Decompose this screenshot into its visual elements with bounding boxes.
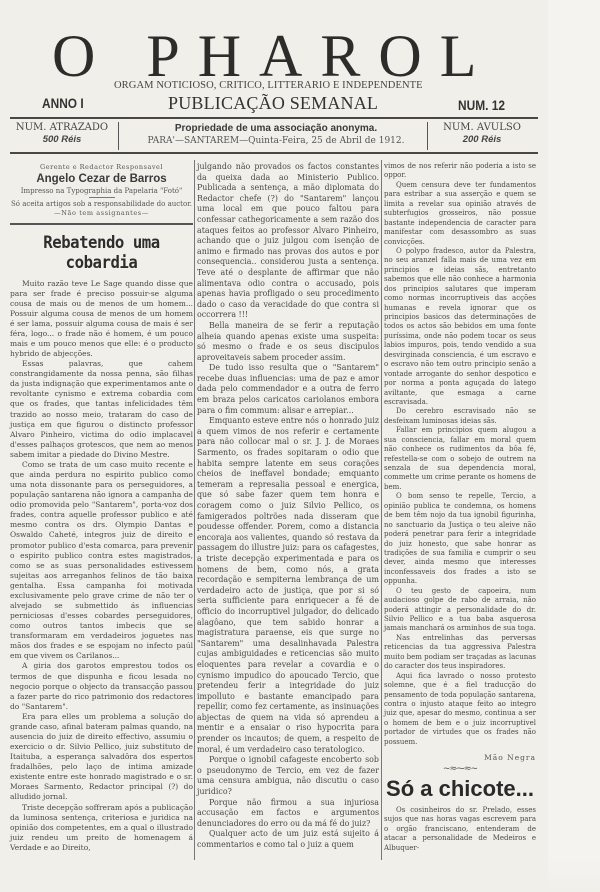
editor-role: Gerente e Redactor Responsavel [10,162,193,172]
subscribers-note: —Não tem assignantes— [10,209,193,218]
column-divider-2 [381,160,382,860]
ornament-divider-icon: ~≈⁓≈~ [384,765,536,774]
small-divider [89,197,115,198]
article-paragraph: Quem censura deve ter fundamentos para e… [384,181,536,247]
masthead-rule-bottom [10,152,538,154]
article-paragraph: Porque não firmou a sua injuriosa accusa… [197,798,379,830]
article-paragraph: Do cerebro escravisado não se desfeixam … [384,407,536,426]
article-paragraph: vimos de nos referir não poderia a isto … [384,162,536,181]
back-issue-price-box: NUM. ATRAZADO 500 Réis [12,122,112,146]
article-paragraph: O polypo fradesco, autor da Palestra, no… [384,247,536,407]
column-2: julgando não provados os factos constant… [197,162,379,851]
column-3: vimos de nos referir não poderia a isto … [384,162,536,853]
place-date-line: PARA'—SANTAREM—Quinta-Feira, 25 de Abril… [126,135,426,147]
masthead-rule-top [10,117,538,119]
article-2-headline: Só a chicote... [384,776,536,802]
info-divider-right [427,122,428,150]
newspaper-page: O PHAROL ORGAM NOTICIOSO, CRITICO, LITTE… [0,0,600,892]
newspaper-subtitle: ORGAM NOTICIOSO, CRITICO, LITTERARIO E I… [114,80,434,91]
article-paragraph: Porque o ignobil cafageste encoberto sob… [197,755,379,797]
article-paragraph: O teu gesto de capoeira, num audacioso g… [384,587,536,634]
info-divider-left [118,122,119,150]
newspaper-title: O PHAROL [52,26,492,86]
article-paragraph: Qualquer acto de um juiz está sujeito á … [197,829,379,850]
articles-policy: Só aceita artigos sob a responsabilidade… [10,200,193,209]
printer-line: Impresso na Typographia da Papelaria "Fo… [10,186,193,196]
frequency-label: PUBLICAÇÃO SEMANAL [168,93,378,114]
year-label: ANNO I [42,95,84,111]
article-paragraph: De tudo isso resulta que o "Santarem" re… [197,363,379,416]
single-issue-label: NUM. AVULSO [432,122,532,134]
column-divider-1 [194,160,195,860]
article-paragraph: Nas entrelinhas das perversas reticencia… [384,634,536,672]
issue-number: NUM. 12 [458,97,505,113]
article-paragraph: Os cosinheiros do sr. Prelado, esses suj… [384,806,536,853]
ownership-line: Propriedade de uma associação anonyma. [126,122,426,135]
section-divider [10,223,193,225]
article-signature: Mão Negra [384,753,536,762]
article-headline: Rebatendo uma cobardia [17,233,185,273]
single-issue-price-box: NUM. AVULSO 200 Réis [432,122,532,146]
article-paragraph: Era para elles um problema a solução do … [10,712,193,803]
article-paragraph: Bella maneira de se ferir a reputação al… [197,321,379,363]
page-bottom-margin [0,860,600,892]
article-paragraph: Muito razão teve Le Sage quando disse qu… [10,279,193,360]
back-issue-price: 500 Réis [12,134,112,146]
article-paragraph: Como se trata de um caso muito recente e… [10,460,193,662]
editor-name: Angelo Cezar de Barros [10,172,193,186]
article-paragraph: Fallar em principios quem alugou a sua c… [384,426,536,492]
back-issue-label: NUM. ATRAZADO [12,122,112,134]
article-paragraph: Essas palavras, que cahem constrangidame… [10,359,193,460]
article-paragraph: A giria dos garotos emprestou todos os t… [10,661,193,711]
article-paragraph: Triste decepção soffreram após a publica… [10,803,193,853]
page-margin [548,0,600,892]
single-issue-price: 200 Réis [432,134,532,146]
article-paragraph: O bom senso te repelle, Tercio, a opiniã… [384,492,536,586]
column-1: Gerente e Redactor Responsavel Angelo Ce… [10,158,193,853]
article-paragraph: julgando não provados os factos constant… [197,162,379,321]
ownership-box: Propriedade de uma associação anonyma. P… [126,122,426,147]
article-paragraph: Aqui fica lavrado o nosso protesto solem… [384,672,536,748]
article-paragraph: Emquanto esteve entre nós o honrado juiz… [197,416,379,755]
